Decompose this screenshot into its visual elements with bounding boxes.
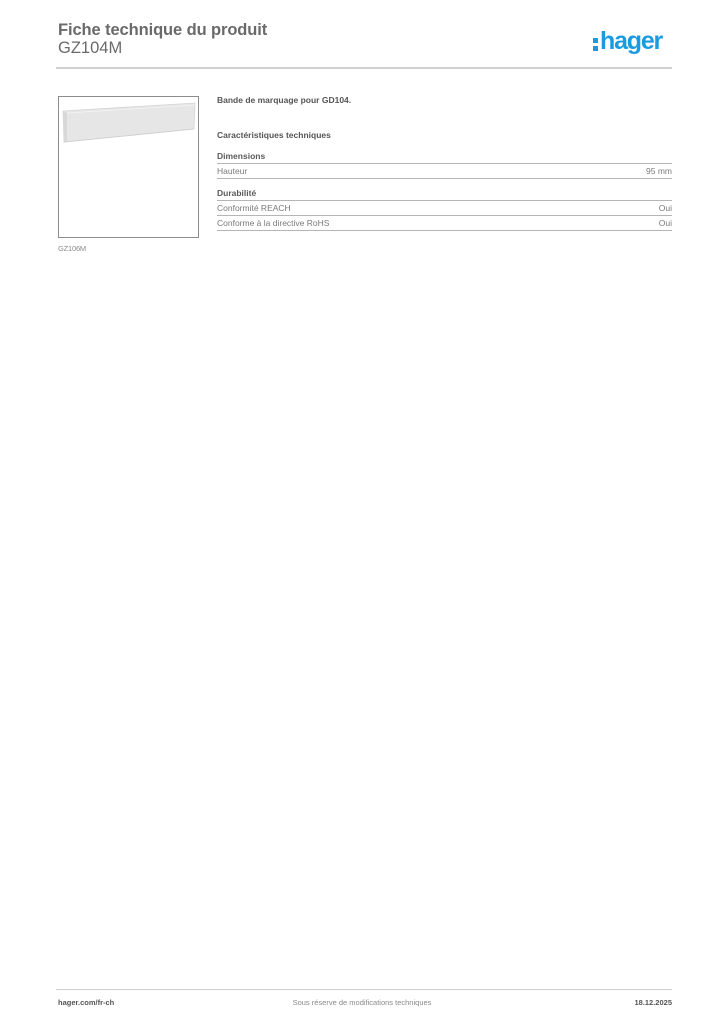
hager-logo: hager [593,26,662,56]
spec-value: Oui [659,202,672,215]
header-divider [56,67,672,69]
product-details: Bande de marquage pour GD104. Caractéris… [217,94,672,231]
spec-label: Conformité REACH [217,202,291,215]
product-image [58,96,199,238]
spec-value: Oui [659,217,672,230]
spec-row: Conformité REACH Oui [217,201,672,216]
footer-divider [56,989,672,990]
spec-row: Hauteur 95 mm [217,164,672,179]
group-title: Dimensions [217,150,672,164]
footer-date: 18.12.2025 [634,998,672,1007]
logo-colon-icon [593,26,598,56]
marking-strip-illustration [59,97,200,239]
group-title: Durabilité [217,187,672,201]
spec-label: Conforme à la directive RoHS [217,217,329,230]
image-caption: GZ106M [58,244,86,253]
spec-value: 95 mm [646,165,672,178]
logo-text: hager [600,26,662,56]
product-code: GZ104M [58,38,122,58]
group-dimensions: Dimensions Hauteur 95 mm [217,150,672,179]
spec-label: Hauteur [217,165,247,178]
spec-row: Conforme à la directive RoHS Oui [217,216,672,231]
section-title: Caractéristiques techniques [217,129,672,141]
product-description: Bande de marquage pour GD104. [217,94,672,106]
page-title: Fiche technique du produit [58,20,267,40]
footer-disclaimer: Sous réserve de modifications techniques [0,998,724,1007]
group-durability: Durabilité Conformité REACH Oui Conforme… [217,187,672,231]
